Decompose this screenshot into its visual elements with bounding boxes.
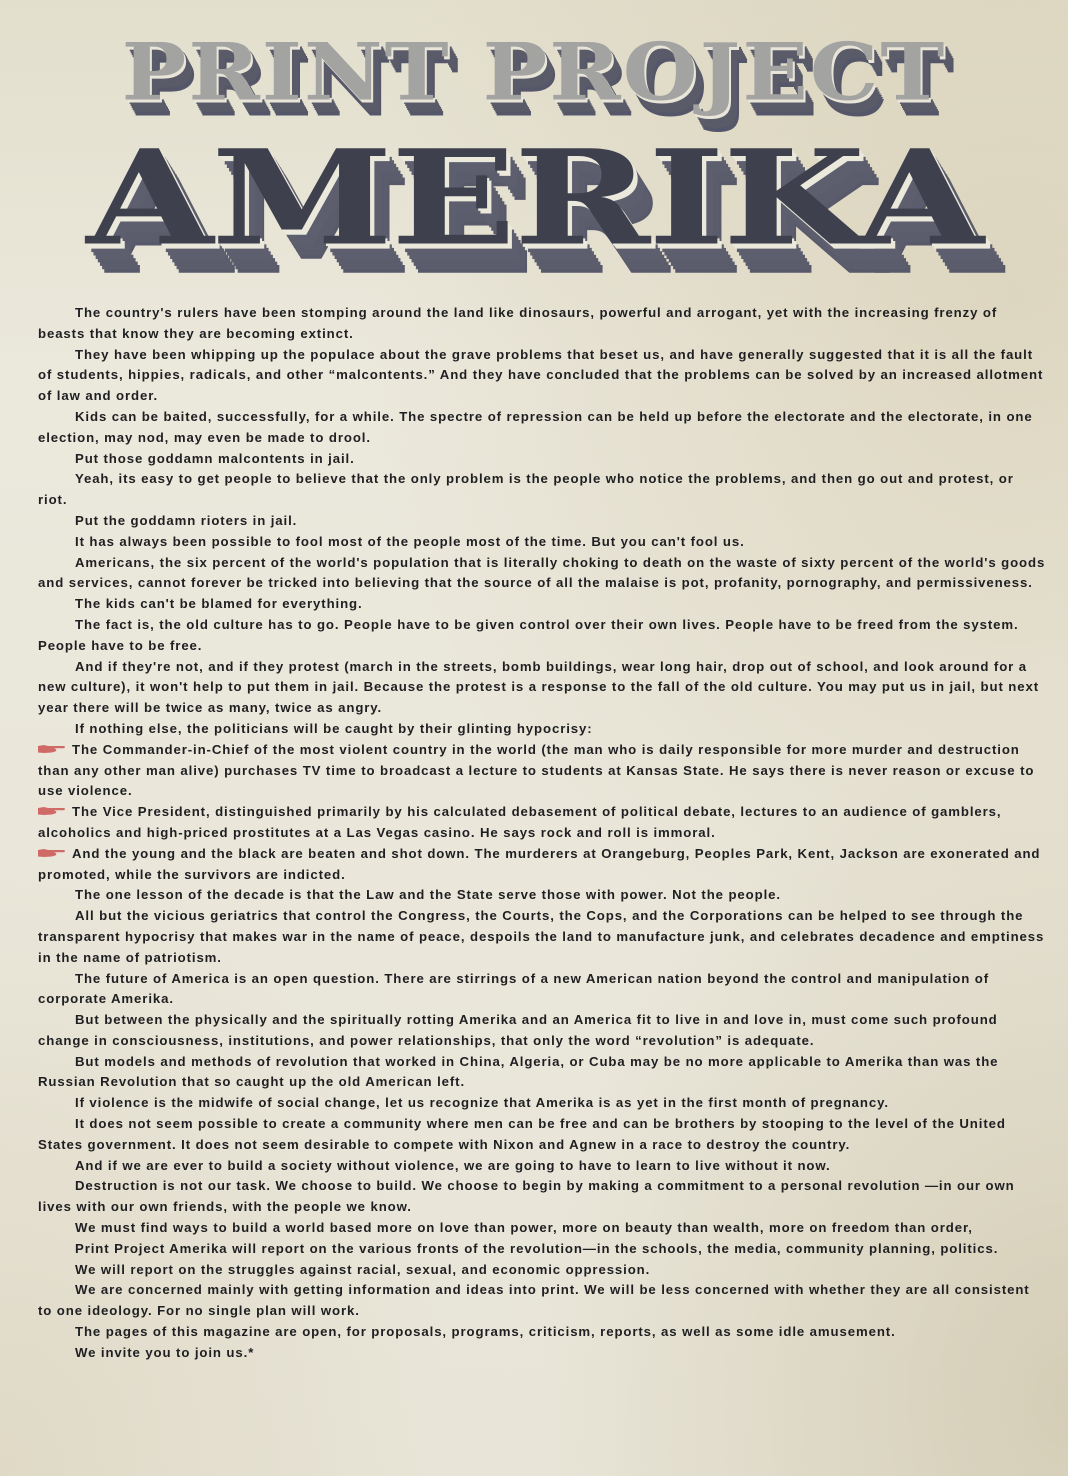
paragraph-text: It has always been possible to fool most… (75, 534, 745, 549)
paragraph-text: They have been whipping up the populace … (38, 347, 1043, 404)
masthead: PRINT PROJECT AMERIKA (0, 0, 1068, 290)
paragraph-text: Kids can be baited, successfully, for a … (38, 409, 1033, 445)
paragraph-text: If violence is the midwife of social cha… (75, 1095, 889, 1110)
paragraph: The pages of this magazine are open, for… (38, 1322, 1046, 1343)
paragraph: Americans, the six percent of the world'… (38, 553, 1046, 595)
bullet-paragraph: The Commander-in-Chief of the most viole… (38, 740, 1046, 802)
paragraph: Put the goddamn rioters in jail. (38, 511, 1046, 532)
paragraph: It does not seem possible to create a co… (38, 1114, 1046, 1156)
paragraph: But models and methods of revolution tha… (38, 1052, 1046, 1094)
paragraph-text: We must find ways to build a world based… (75, 1220, 973, 1235)
paragraph-text: We will report on the struggles against … (75, 1262, 650, 1277)
paragraph: All but the vicious geriatrics that cont… (38, 906, 1046, 968)
paragraph: Yeah, its easy to get people to believe … (38, 469, 1046, 511)
paragraph: Put those goddamn malcontents in jail. (38, 449, 1046, 470)
paragraph-text: We invite you to join us.* (75, 1345, 254, 1360)
paragraph: Print Project Amerika will report on the… (38, 1239, 1046, 1260)
paragraph-text: The fact is, the old culture has to go. … (38, 617, 1019, 653)
paragraph-text: The one lesson of the decade is that the… (75, 887, 781, 902)
paragraph-text: And if they're not, and if they protest … (38, 659, 1039, 716)
manifesto-body: The country's rulers have been stomping … (38, 303, 1046, 1364)
paragraph-text: Yeah, its easy to get people to believe … (38, 471, 1014, 507)
paragraph: The one lesson of the decade is that the… (38, 885, 1046, 906)
paragraph: And if we are ever to build a society wi… (38, 1156, 1046, 1177)
paragraph-text: Americans, the six percent of the world'… (38, 555, 1045, 591)
pointing-hand-icon (38, 744, 66, 753)
paragraph-text: And the young and the black are beaten a… (38, 846, 1040, 882)
paragraph-text: All but the vicious geriatrics that cont… (38, 908, 1044, 965)
paragraph-text: Put those goddamn malcontents in jail. (75, 451, 355, 466)
paragraph: The fact is, the old culture has to go. … (38, 615, 1046, 657)
paragraph-text: The kids can't be blamed for everything. (75, 596, 363, 611)
paragraph: But between the physically and the spiri… (38, 1010, 1046, 1052)
paragraph-text: The Commander-in-Chief of the most viole… (38, 742, 1034, 799)
paragraph-text: But models and methods of revolution tha… (38, 1054, 998, 1090)
paragraph: And if they're not, and if they protest … (38, 657, 1046, 719)
magazine-page: PRINT PROJECT AMERIKA The country's rule… (0, 0, 1068, 1476)
paragraph-text: Destruction is not our task. We choose t… (38, 1178, 1015, 1214)
paragraph: If violence is the midwife of social cha… (38, 1093, 1046, 1114)
paragraph: It has always been possible to fool most… (38, 532, 1046, 553)
masthead-title-print-project: PRINT PROJECT (0, 26, 1068, 119)
paragraph-text: And if we are ever to build a society wi… (75, 1158, 831, 1173)
paragraph-text: It does not seem possible to create a co… (38, 1116, 1006, 1152)
paragraph: We are concerned mainly with getting inf… (38, 1280, 1046, 1322)
paragraph: Destruction is not our task. We choose t… (38, 1176, 1046, 1218)
paragraph-text: The country's rulers have been stomping … (38, 305, 997, 341)
masthead-title-amerika: AMERIKA (0, 121, 1068, 275)
bullet-paragraph: The Vice President, distinguished primar… (38, 802, 1046, 844)
pointing-hand-icon (38, 848, 66, 857)
paragraph: The future of America is an open questio… (38, 969, 1046, 1011)
paragraph-text: The future of America is an open questio… (38, 971, 989, 1007)
paragraph: We invite you to join us.* (38, 1343, 1046, 1364)
paragraph-text: Print Project Amerika will report on the… (75, 1241, 998, 1256)
paragraph: They have been whipping up the populace … (38, 345, 1046, 407)
paragraph-text: We are concerned mainly with getting inf… (38, 1282, 1030, 1318)
paragraph: Kids can be baited, successfully, for a … (38, 407, 1046, 449)
paragraph: The country's rulers have been stomping … (38, 303, 1046, 345)
paragraph-text: If nothing else, the politicians will be… (75, 721, 593, 736)
paragraph: We will report on the struggles against … (38, 1260, 1046, 1281)
paragraph-text: Put the goddamn rioters in jail. (75, 513, 297, 528)
pointing-hand-icon (38, 806, 66, 815)
paragraph-text: The pages of this magazine are open, for… (75, 1324, 896, 1339)
paragraph: We must find ways to build a world based… (38, 1218, 1046, 1239)
paragraph-text: The Vice President, distinguished primar… (38, 804, 1001, 840)
paragraph-text: But between the physically and the spiri… (38, 1012, 998, 1048)
bullet-paragraph: And the young and the black are beaten a… (38, 844, 1046, 886)
paragraph: The kids can't be blamed for everything. (38, 594, 1046, 615)
paragraph: If nothing else, the politicians will be… (38, 719, 1046, 740)
